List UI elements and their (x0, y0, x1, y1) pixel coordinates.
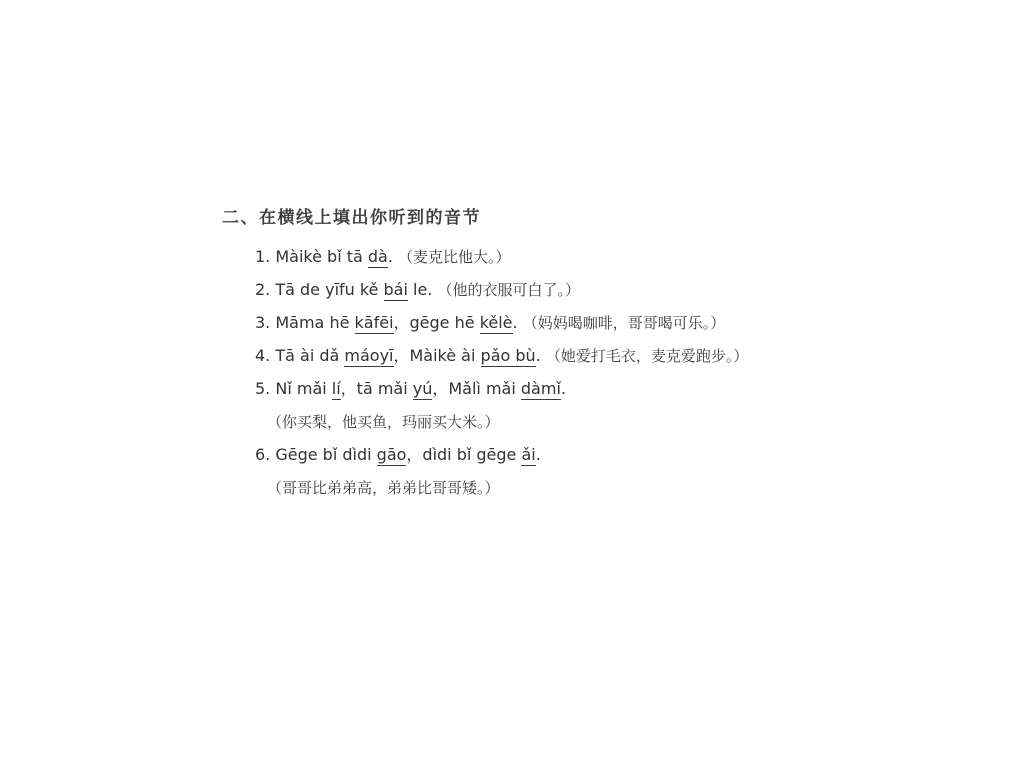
pinyin-text: 2. Tā de yīfu kě (255, 280, 384, 299)
exercise-item-6-translation: （哥哥比弟弟高，弟弟比哥哥矮。） (267, 471, 748, 504)
answer-blank-filled: kāfēi (355, 313, 394, 334)
answer-blank-filled: ǎi (521, 445, 535, 466)
answer-blank-filled: yú (413, 379, 433, 400)
answer-blank-filled: dàmǐ (521, 379, 561, 400)
translation-text: （哥哥比弟弟高，弟弟比哥哥矮。） (267, 479, 500, 497)
pinyin-text: ，gēge hē (394, 313, 480, 332)
exercise-item-5-translation: （你买梨，他买鱼，玛丽买大米。） (267, 405, 748, 438)
exercise-item-1: 1. Màikè bǐ tā dà. （麦克比他大。） (255, 240, 748, 273)
translation-text: （麦克比他大。） (398, 248, 511, 266)
section-heading: 二、在横线上填出你听到的音节 (222, 206, 748, 230)
pinyin-text: le. (408, 280, 438, 299)
pinyin-text: . (536, 346, 546, 365)
translation-text: （妈妈喝咖啡，哥哥喝可乐。） (523, 314, 726, 332)
pinyin-text: 5. Nǐ mǎi (255, 379, 332, 398)
answer-blank-filled: kělè (480, 313, 513, 334)
answer-blank-filled: gāo (377, 445, 407, 466)
worksheet-page: 二、在横线上填出你听到的音节 1. Màikè bǐ tā dà. （麦克比他大… (0, 0, 1024, 768)
pinyin-text: ，dìdi bǐ gēge (406, 445, 521, 464)
pinyin-text: ，Màikè ài (394, 346, 481, 365)
answer-blank-filled: pǎo bù (481, 346, 536, 367)
pinyin-text: . (513, 313, 523, 332)
exercise-item-2: 2. Tā de yīfu kě bái le. （他的衣服可白了。） (255, 273, 748, 306)
pinyin-text: . (388, 247, 398, 266)
pinyin-text: 3. Māma hē (255, 313, 355, 332)
pinyin-text: . (561, 379, 566, 398)
exercise-item-4: 4. Tā ài dǎ máoyī，Màikè ài pǎo bù. （她爱打毛… (255, 339, 748, 372)
answer-blank-filled: lí (332, 379, 341, 400)
translation-text: （他的衣服可白了。） (437, 281, 580, 299)
exercise-item-3: 3. Māma hē kāfēi，gēge hē kělè. （妈妈喝咖啡，哥哥… (255, 306, 748, 339)
pinyin-text: 6. Gēge bǐ dìdi (255, 445, 377, 464)
exercise-section: 二、在横线上填出你听到的音节 1. Màikè bǐ tā dà. （麦克比他大… (222, 206, 748, 504)
translation-text: （她爱打毛衣，麦克爱跑步。） (546, 347, 749, 365)
pinyin-text: ，tā mǎi (341, 379, 413, 398)
answer-blank-filled: bái (384, 280, 408, 301)
translation-text: （你买梨，他买鱼，玛丽买大米。） (267, 413, 500, 431)
exercise-item-5: 5. Nǐ mǎi lí，tā mǎi yú，Mǎlì mǎi dàmǐ. (255, 372, 748, 405)
pinyin-text: 1. Màikè bǐ tā (255, 247, 368, 266)
pinyin-text: . (536, 445, 541, 464)
answer-blank-filled: dà (368, 247, 388, 268)
pinyin-text: ，Mǎlì mǎi (432, 379, 521, 398)
exercise-item-6: 6. Gēge bǐ dìdi gāo，dìdi bǐ gēge ǎi. (255, 438, 748, 471)
pinyin-text: 4. Tā ài dǎ (255, 346, 344, 365)
answer-blank-filled: máoyī (344, 346, 393, 367)
